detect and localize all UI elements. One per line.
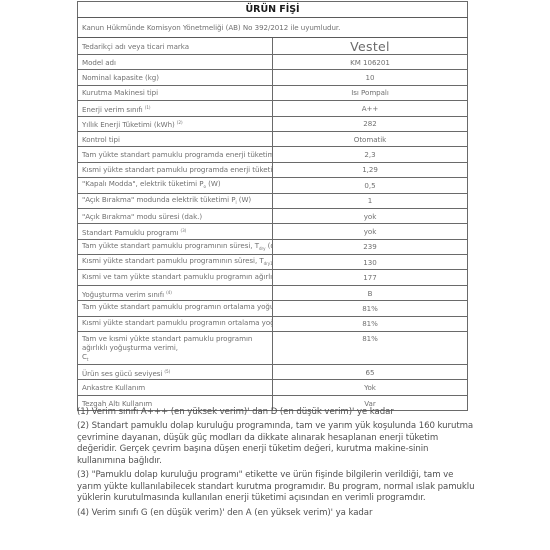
spec-label: Standart Pamuklu programı(3): [78, 224, 273, 239]
spec-row: Kısmi ve tam yükte standart pamuklu prog…: [78, 270, 468, 285]
footnotes: (1) Verim sınıfı A+++ (en yüksek verim)'…: [77, 407, 477, 522]
spec-row: Kısmi yükte standart pamuklu programda e…: [78, 162, 468, 177]
spec-label: Kısmi yükte standart pamuklu programın o…: [78, 316, 273, 331]
spec-label: Kontrol tipi: [78, 131, 273, 146]
footnote-marker: (2): [177, 120, 183, 125]
spec-value: KM 106201: [273, 55, 468, 70]
spec-value: 81%: [273, 316, 468, 331]
spec-value: Vestel: [273, 38, 468, 55]
spec-label: Ankastre Kullanım: [78, 380, 273, 395]
subscript: t: [87, 357, 89, 362]
spec-value: 0,5: [273, 178, 468, 193]
spec-label: Kısmi yükte standart pamuklu programda e…: [78, 162, 273, 177]
footnote-marker: (3): [180, 228, 186, 233]
product-fiche: ÜRÜN FİŞİ Kanun Hükmünde Komisyon Yönetm…: [77, 1, 468, 411]
spec-label: Enerji verim sınıfı(1): [78, 101, 273, 116]
spec-value: 1,29: [273, 162, 468, 177]
regulation-row: Kanun Hükmünde Komisyon Yönetmeliği (AB)…: [78, 18, 468, 38]
spec-row: Tam yükte standart pamuklu programda ene…: [78, 147, 468, 162]
spec-row: Tam yükte standart pamuklu programının s…: [78, 239, 468, 254]
spec-label: Tedarikçi adı veya ticari marka: [78, 38, 273, 55]
spec-label: Tam yükte standart pamuklu programda ene…: [78, 147, 273, 162]
footnote-3: (3) "Pamuklu dolap kuruluğu programı" et…: [77, 470, 477, 505]
spec-value: Yok: [273, 380, 468, 395]
footnote-marker: (4): [166, 290, 172, 295]
spec-value: Otomatik: [273, 131, 468, 146]
spec-row: "Açık Bırakma" modu süresi (dak.)yok: [78, 208, 468, 223]
spec-row: Kontrol tipiOtomatik: [78, 131, 468, 146]
spec-value: 1: [273, 193, 468, 208]
spec-value: 130: [273, 255, 468, 270]
spec-row: "Kapalı Modda", elektrik tüketimi Po (W)…: [78, 178, 468, 193]
spec-row: Model adıKM 106201: [78, 55, 468, 70]
spec-label: Tam yükte standart pamuklu programının s…: [78, 239, 273, 254]
page-title: ÜRÜN FİŞİ: [78, 2, 468, 18]
spec-value: 282: [273, 116, 468, 131]
spec-value: yok: [273, 208, 468, 223]
spec-row: Yıllık Enerji Tüketimi (kWh)(2)282: [78, 116, 468, 131]
spec-label: Tam ve kısmi yükte standart pamuklu prog…: [78, 332, 273, 365]
spec-row: Yoğuşturma verim sınıfı(4)B: [78, 285, 468, 300]
spec-row: Kısmi yükte standart pamuklu programın o…: [78, 316, 468, 331]
footnote-1: (1) Verim sınıfı A+++ (en yüksek verim)'…: [77, 407, 477, 419]
regulation-text: Kanun Hükmünde Komisyon Yönetmeliği (AB)…: [78, 18, 468, 38]
spec-label: Kurutma Makinesi tipi: [78, 85, 273, 100]
spec-value: B: [273, 285, 468, 300]
spec-label: Yoğuşturma verim sınıfı(4): [78, 285, 273, 300]
spec-row: Standart Pamuklu programı(3)yok: [78, 224, 468, 239]
spec-label: Kısmi ve tam yükte standart pamuklu prog…: [78, 270, 273, 285]
spec-value: Isı Pompalı: [273, 85, 468, 100]
spec-label: Kısmi yükte standart pamuklu programının…: [78, 255, 273, 270]
spec-row: Ankastre KullanımYok: [78, 380, 468, 395]
spec-value: 81%: [273, 332, 468, 365]
spec-value: 239: [273, 239, 468, 254]
spec-row: Ürün ses gücü seviyesi(5)65: [78, 365, 468, 380]
spec-label: Yıllık Enerji Tüketimi (kWh)(2): [78, 116, 273, 131]
spec-value: 2,3: [273, 147, 468, 162]
spec-label: Model adı: [78, 55, 273, 70]
footnote-4: (4) Verim sınıfı G (en düşük verim)' den…: [77, 508, 477, 520]
footnote-2: (2) Standart pamuklu dolap kuruluğu prog…: [77, 421, 477, 467]
spec-label: Nominal kapasite (kg): [78, 70, 273, 85]
title-row: ÜRÜN FİŞİ: [78, 2, 468, 18]
spec-label: "Açık Bırakma" modunda elektrik tüketimi…: [78, 193, 273, 208]
spec-value: A++: [273, 101, 468, 116]
spec-row: Tam yükte standart pamuklu programın ort…: [78, 301, 468, 316]
product-fiche-table: ÜRÜN FİŞİ Kanun Hükmünde Komisyon Yönetm…: [77, 1, 468, 411]
spec-value: 10: [273, 70, 468, 85]
spec-value: 65: [273, 365, 468, 380]
spec-row: Enerji verim sınıfı(1)A++: [78, 101, 468, 116]
spec-value: 81%: [273, 301, 468, 316]
spec-row: "Açık Bırakma" modunda elektrik tüketimi…: [78, 193, 468, 208]
spec-value: yok: [273, 224, 468, 239]
subscript: dry1/2: [264, 261, 273, 266]
spec-label: "Açık Bırakma" modu süresi (dak.): [78, 208, 273, 223]
spec-label: Tam yükte standart pamuklu programın ort…: [78, 301, 273, 316]
spec-row: Tedarikçi adı veya ticari markaVestel: [78, 38, 468, 55]
footnote-marker: (1): [145, 105, 151, 110]
spec-row: Tam ve kısmi yükte standart pamuklu prog…: [78, 332, 468, 365]
spec-row: Nominal kapasite (kg)10: [78, 70, 468, 85]
spec-row: Kısmi yükte standart pamuklu programının…: [78, 255, 468, 270]
spec-value: 177: [273, 270, 468, 285]
spec-label: "Kapalı Modda", elektrik tüketimi Po (W): [78, 178, 273, 193]
spec-row: Kurutma Makinesi tipiIsı Pompalı: [78, 85, 468, 100]
spec-label: Ürün ses gücü seviyesi(5): [78, 365, 273, 380]
footnote-marker: (5): [164, 369, 170, 374]
